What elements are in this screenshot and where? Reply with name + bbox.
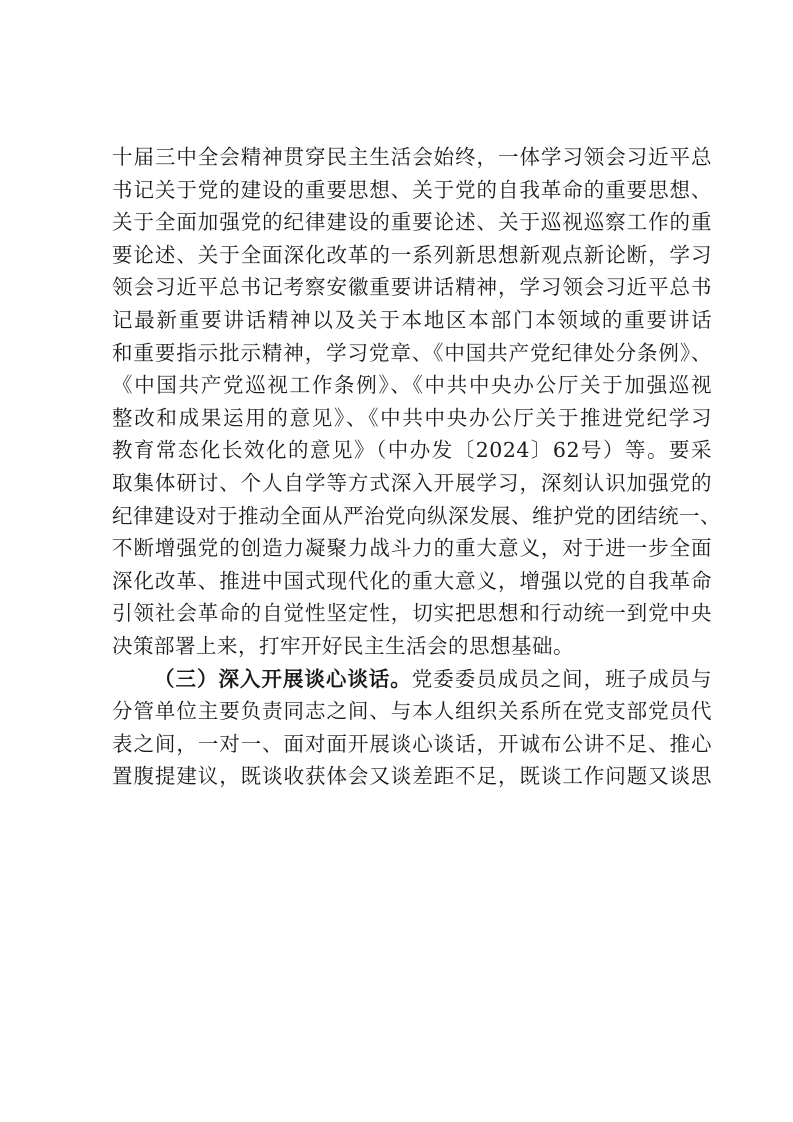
text-line: 置腹提建议，既谈收获体会又谈差距不足，既谈工作问题又谈思	[112, 760, 712, 793]
text-line: （三）深入开展谈心谈话。党委委员成员之间，班子成员与	[112, 663, 712, 696]
text-line: 不断增强党的创造力凝聚力战斗力的重大意义，对于进一步全面	[112, 532, 712, 565]
text-line: 深化改革、推进中国式现代化的重大意义，增强以党的自我革命	[112, 565, 712, 598]
text-line: 决策部署上来，打牢开好民主生活会的思想基础。	[112, 630, 712, 663]
text-line: 教育常态化长效化的意见》（中办发〔2024〕62号）等。要采	[112, 434, 712, 467]
text-line: 表之间，一对一、面对面开展谈心谈话，开诚布公讲不足、推心	[112, 728, 712, 761]
text-line: 书记关于党的建设的重要思想、关于党的自我革命的重要思想、	[112, 174, 712, 207]
text-line: 领会习近平总书记考察安徽重要讲话精神，学习领会习近平总书	[112, 271, 712, 304]
section-text: 党委委员成员之间，班子成员与	[412, 667, 712, 691]
text-line: 关于全面加强党的纪律建设的重要论述、关于巡视巡察工作的重	[112, 206, 712, 239]
text-line: 要论述、关于全面深化改革的一系列新思想新观点新论断，学习	[112, 239, 712, 272]
text-line: 引领社会革命的自觉性坚定性，切实把思想和行动统一到党中央	[112, 597, 712, 630]
text-line: 纪律建设对于推动全面从严治党向纵深发展、维护党的团结统一、	[112, 500, 712, 533]
text-line: 《中国共产党巡视工作条例》、《中共中央办公厅关于加强巡视	[112, 369, 712, 402]
text-line: 十届三中全会精神贯穿民主生活会始终，一体学习领会习近平总	[112, 141, 712, 174]
text-line: 分管单位主要负责同志之间、与本人组织关系所在党支部党员代	[112, 695, 712, 728]
paragraph-study: 十届三中全会精神贯穿民主生活会始终，一体学习领会习近平总 书记关于党的建设的重要…	[112, 141, 712, 663]
text-line: 记最新重要讲话精神以及关于本地区本部门本领域的重要讲话	[112, 304, 712, 337]
paragraph-heart-to-heart-talks: （三）深入开展谈心谈话。党委委员成员之间，班子成员与 分管单位主要负责同志之间、…	[112, 663, 712, 793]
section-heading: （三）深入开展谈心谈话。	[154, 667, 412, 691]
text-line: 整改和成果运用的意见》、《中共中央办公厅关于推进党纪学习	[112, 402, 712, 435]
text-line: 取集体研讨、个人自学等方式深入开展学习，深刻认识加强党的	[112, 467, 712, 500]
document-page: 十届三中全会精神贯穿民主生活会始终，一体学习领会习近平总 书记关于党的建设的重要…	[112, 141, 712, 793]
text-line: 和重要指示批示精神，学习党章、《中国共产党纪律处分条例》、	[112, 337, 712, 370]
